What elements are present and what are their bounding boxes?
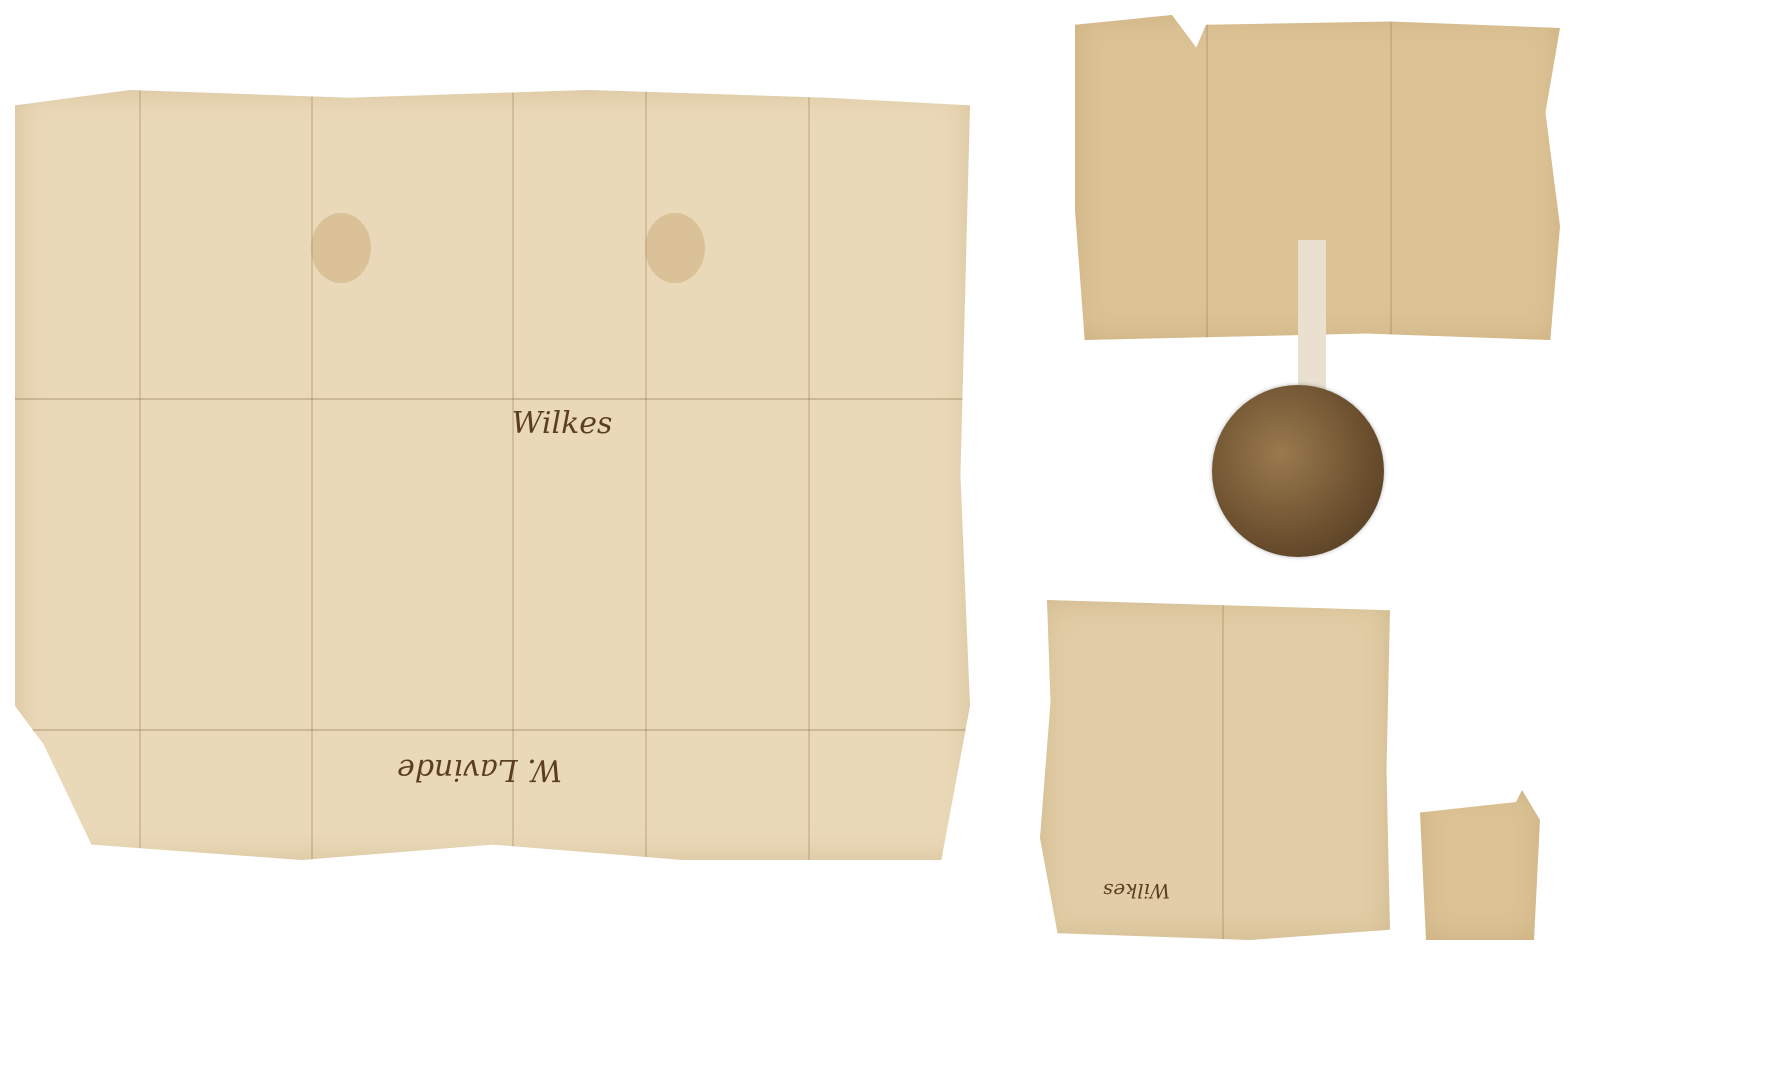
fragment	[1420, 790, 1540, 940]
signature-wilkes-small: Wilkes	[1103, 879, 1170, 903]
signature-wilkes: Wilkes	[512, 406, 613, 441]
wax-seal	[1212, 385, 1384, 557]
large-document: Wilkes W. Lavinde	[15, 90, 970, 860]
signature-lavinde: W. Lavinde	[397, 752, 562, 787]
small-document: Wilkes	[1040, 600, 1390, 940]
